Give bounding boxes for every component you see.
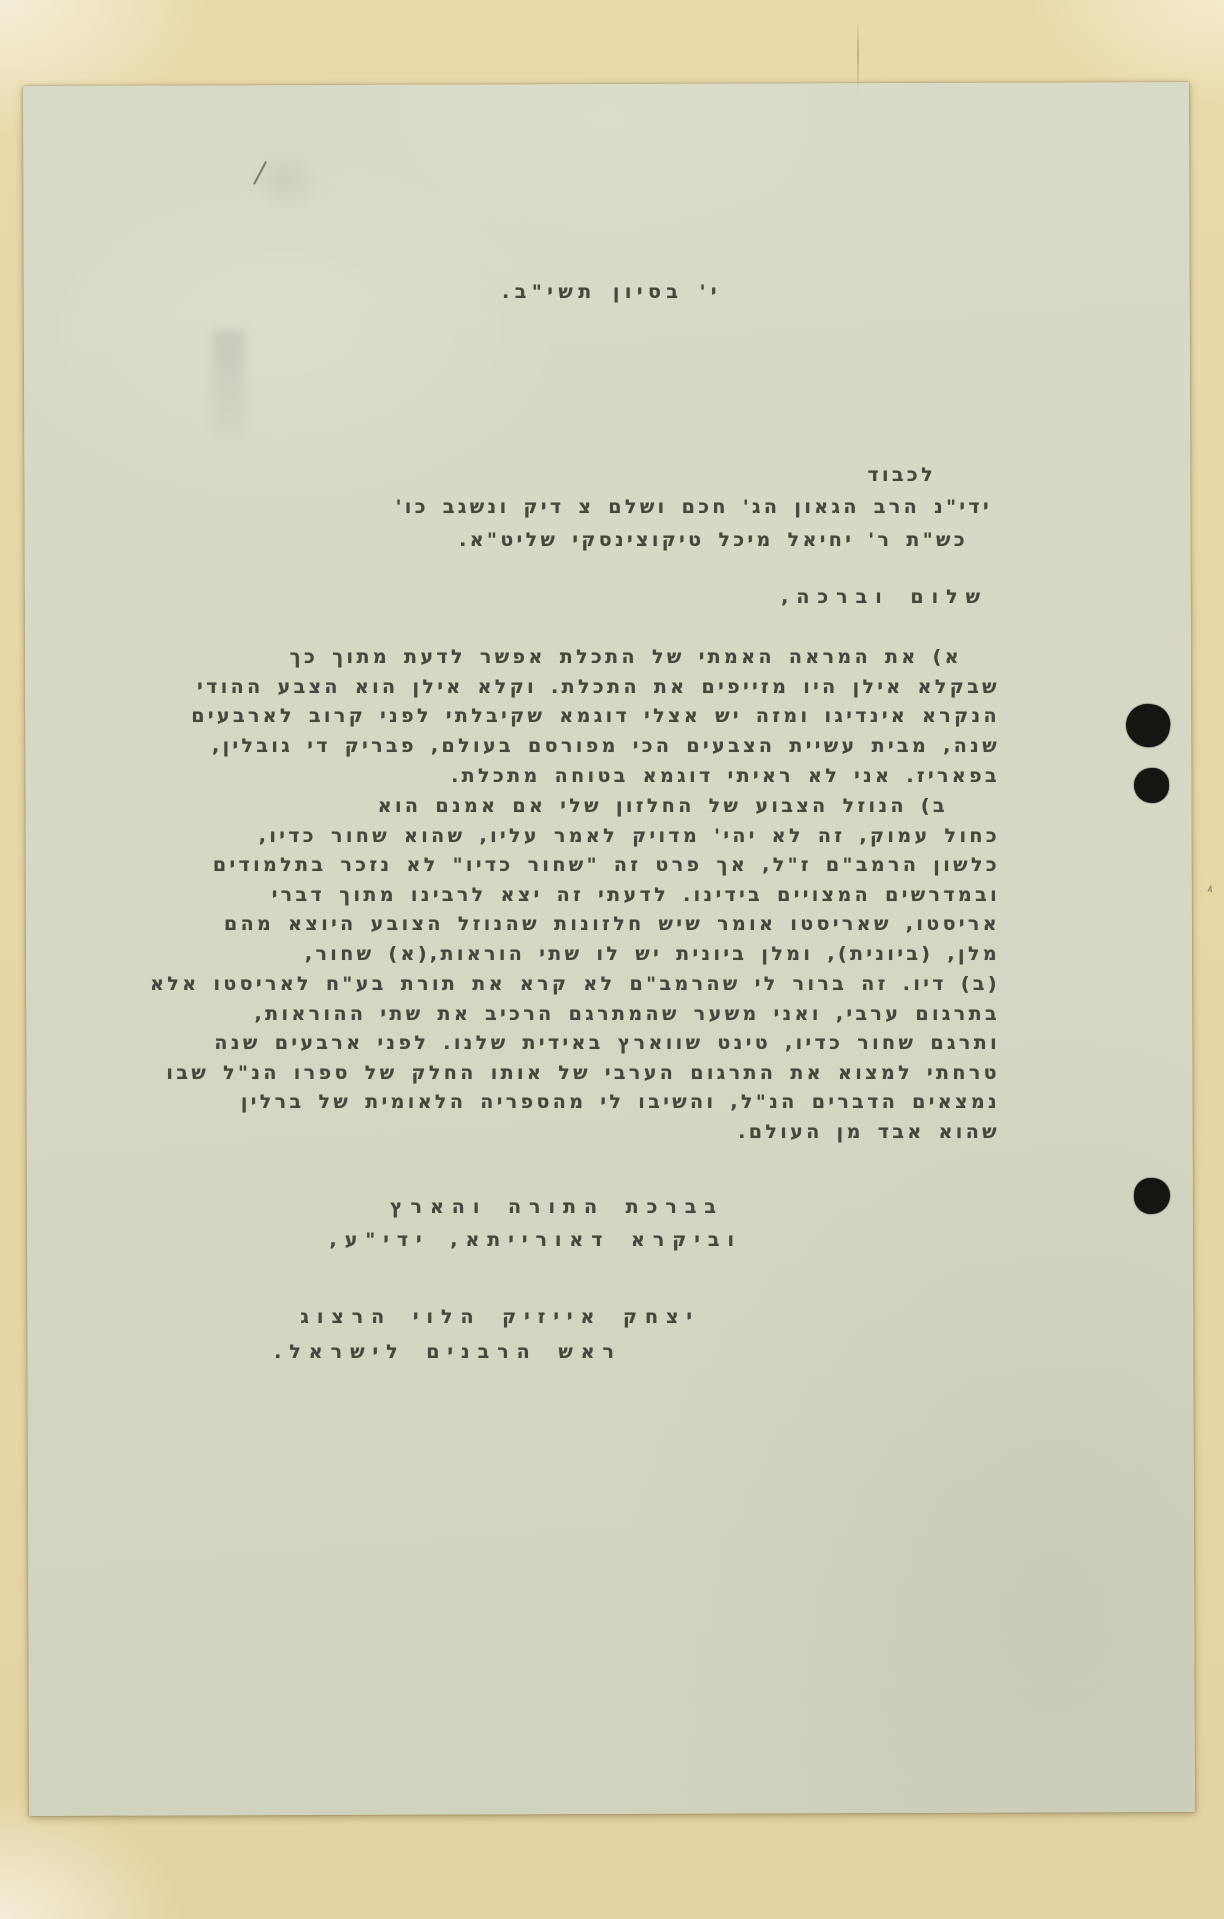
ink-blot-2 [1134, 768, 1169, 803]
paper-streak [212, 330, 246, 435]
body-a-line-1: א) את המראה האמתי של התכלת אפשר לדעת מתו… [290, 646, 962, 668]
body-a-line-4: שנה, מבית עשיית הצבעים הכי מפורסם בעולם,… [212, 735, 1000, 757]
body-b-line-12: שהוא אבד מן העולם. [738, 1121, 1000, 1143]
body-a-line-3: הנקרא אינדיגו ומזה יש אצלי דוגמא שקיבלתי… [191, 705, 1000, 727]
body-b-line-5: אריסטו, שאריסטו אומר שיש חלזונות שהנוזל … [224, 913, 1000, 935]
body-b-line-8: בתרגום ערבי, ואני משער שהמתרגם הרכיב את … [255, 1003, 1000, 1025]
scanned-letter: י' בסיון תשי"ב. לכבוד ידי"נ הרב הגאון הג… [0, 0, 1224, 1919]
closing-line-1: בברכת התורה והארץ [390, 1196, 724, 1218]
body-b-line-2: כחול עמוק, זה לא יהי' מדויק לאמר עליו, ש… [259, 825, 1000, 847]
body-b-line-9: ותרגם שחור כדיו, טינט שווארץ באידית שלנו… [214, 1032, 1000, 1054]
greeting-line: שלום וברכה, [781, 586, 988, 608]
body-b-line-11: נמצאים הדברים הנ"ל, והשיבו לי מהספריה הל… [241, 1091, 1000, 1113]
closing-line-2: וביקרא דאורייתא, ידי"ע, [329, 1229, 742, 1251]
paper-smudge [250, 150, 320, 210]
body-b-line-10: טרחתי למצוא את התרגום הערבי של אותו החלק… [166, 1062, 1000, 1084]
body-b-line-1: ב) הנוזל הצבוע של החלזון שלי אם אמנם הוא [378, 795, 948, 817]
body-b-line-6: מלן, (ביונית), ומלן ביונית יש לו שתי הור… [305, 943, 1000, 965]
recipient-line-1: לכבוד [867, 464, 936, 486]
date-line: י' בסיון תשי"ב. [502, 281, 722, 303]
margin-mark [1207, 884, 1214, 893]
body-b-line-4: ובמדרשים המצויים בידינו. לדעתי זה יצא לר… [272, 884, 1000, 906]
body-b-line-3: כלשון הרמב"ם ז"ל, אך פרט זה "שחור כדיו" … [213, 854, 1000, 876]
recipient-line-2: ידי"נ הרב הגאון הג' חכם ושלם צ דיק ונשגב… [396, 496, 992, 518]
body-b-line-7: (ב) דיו. זה ברור לי שהרמב"ם לא קרא את תו… [150, 973, 1000, 995]
body-a-line-2: שבקלא אילן היו מזייפים את התכלת. וקלא אי… [197, 676, 1000, 698]
signature-name-line: יצחק אייזיק הלוי הרצוג [300, 1306, 700, 1328]
body-a-line-5: בפאריז. אני לא ראיתי דוגמא בטוחה מתכלת. [451, 765, 1000, 787]
recipient-line-3: כש"ת ר' יחיאל מיכל טיקוצינסקי שליט"א. [459, 529, 968, 551]
signature-title-line: ראש הרבנים לישראל. [274, 1341, 622, 1363]
edge-crease [857, 20, 859, 90]
